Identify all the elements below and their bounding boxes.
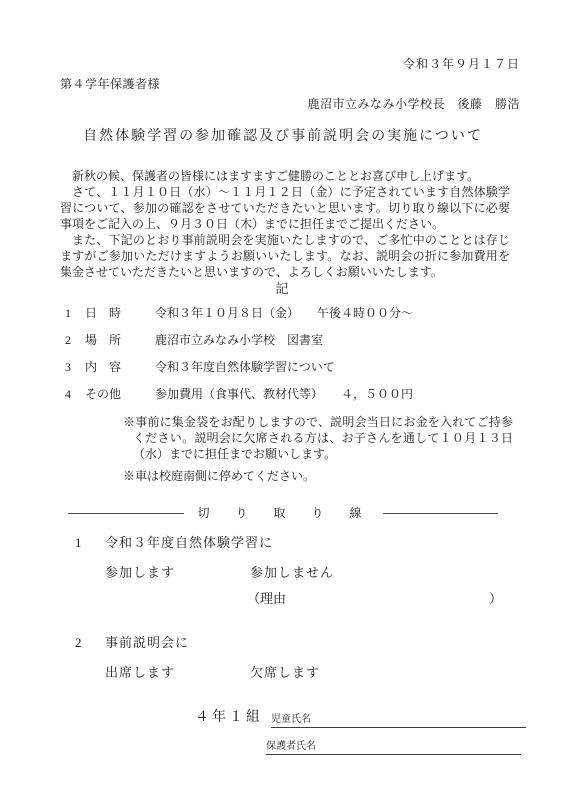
cut-line-rule-left [68, 513, 184, 514]
option-not-participate: 参加しません [250, 564, 334, 582]
reason-blank-space [286, 590, 489, 608]
student-name-label: 児童氏名 [271, 714, 311, 725]
question-label: 事前説明会に [105, 634, 189, 652]
item-label: 場 所 [85, 333, 137, 347]
option-attend: 出席します [105, 664, 175, 682]
item-number: 4 [65, 387, 85, 401]
reason-close-paren: ） [489, 590, 502, 608]
guardian-name-row: 保護者氏名 [258, 740, 566, 755]
form-question-1: 1 令和３年度自然体験学習に [75, 534, 566, 552]
item-value: 令和３年度自然体験学習について [155, 360, 335, 374]
note-payment: ※事前に集金袋をお配りしますので、説明会当日にお金を入れてご持参ください。説明会… [123, 414, 513, 462]
reason-open-paren: （理由 [247, 590, 286, 608]
record-items: 1 日 時 令和３年１０月８日（金） 午後４時００分～ 2 場 所 鹿沼市立みな… [0, 306, 566, 401]
sender-signature: 鹿沼市立みなみ小学校長 後藤 勝浩 [0, 96, 566, 112]
class-and-student-name-row: ４年１組 児童氏名 [195, 708, 566, 728]
note-parking: ※車は校庭南側に停めてください。 [123, 468, 513, 484]
reply-form: 1 令和３年度自然体験学習に 参加します 参加しません （理由 ） 2 事前説明… [0, 534, 566, 755]
form-question-2: 2 事前説明会に [75, 634, 566, 652]
item-value: 参加費用（食事代、教材代等） ４，５００円 [155, 387, 413, 401]
reason-field: （理由 ） [247, 590, 502, 608]
question-number: 2 [75, 634, 105, 652]
item-number: 3 [65, 360, 85, 374]
paragraph-greeting: 新秋の候、保護者の皆様にはますますご健勝のこととお喜び申し上げます。 [60, 168, 510, 184]
form-question-2-options: 出席します 欠席します [105, 664, 566, 682]
record-item-other: 4 その他 参加費用（食事代、教材代等） ４，５００円 [65, 387, 566, 401]
body-paragraphs: 新秋の候、保護者の皆様にはますますご健勝のこととお喜び申し上げます。 さて、１１… [60, 168, 510, 280]
cut-line: 切 り 取 り 線 [68, 506, 498, 520]
record-heading: 記 [0, 280, 566, 298]
paragraph-main: さて、１１月１０日（水）～１１月１２日（金）に予定されています自然体験学習につい… [60, 184, 510, 232]
document-title: 自然体験学習の参加確認及び事前説明会の実施について [0, 126, 566, 148]
item-label: 日 時 [85, 306, 137, 320]
document-date: 令和３年９月１７日 [0, 56, 566, 72]
cut-line-rule-right [383, 513, 499, 514]
addressee: 第４学年保護者様 [60, 76, 566, 92]
student-name-field: 児童氏名 [271, 713, 526, 728]
form-question-1-options: 参加します 参加しません [105, 564, 566, 582]
record-item-datetime: 1 日 時 令和３年１０月８日（金） 午後４時００分～ [65, 306, 566, 320]
option-participate: 参加します [105, 564, 175, 582]
item-number: 2 [65, 333, 85, 347]
record-item-content: 3 内 容 令和３年度自然体験学習について [65, 360, 566, 374]
class-label: ４年１組 [195, 708, 263, 728]
guardian-name-field: 保護者氏名 [266, 740, 521, 755]
item-number: 1 [65, 306, 85, 320]
item-label: その他 [85, 387, 137, 401]
paragraph-meeting: また、下記のとおり事前説明会を実施いたしますので、ご多忙中のこととは存じますがご… [60, 232, 510, 280]
document-page: 令和３年９月１７日 第４学年保護者様 鹿沼市立みなみ小学校長 後藤 勝浩 自然体… [0, 0, 566, 800]
guardian-name-label: 保護者氏名 [266, 741, 316, 752]
cut-line-label: 切 り 取 り 線 [198, 505, 369, 521]
record-item-place: 2 場 所 鹿沼市立みなみ小学校 図書室 [65, 333, 566, 347]
question-label: 令和３年度自然体験学習に [105, 534, 273, 552]
item-value: 鹿沼市立みなみ小学校 図書室 [155, 333, 323, 347]
option-absent: 欠席します [250, 664, 320, 682]
item-label: 内 容 [85, 360, 137, 374]
item-value: 令和３年１０月８日（金） 午後４時００分～ [155, 306, 413, 320]
question-number: 1 [75, 534, 105, 552]
